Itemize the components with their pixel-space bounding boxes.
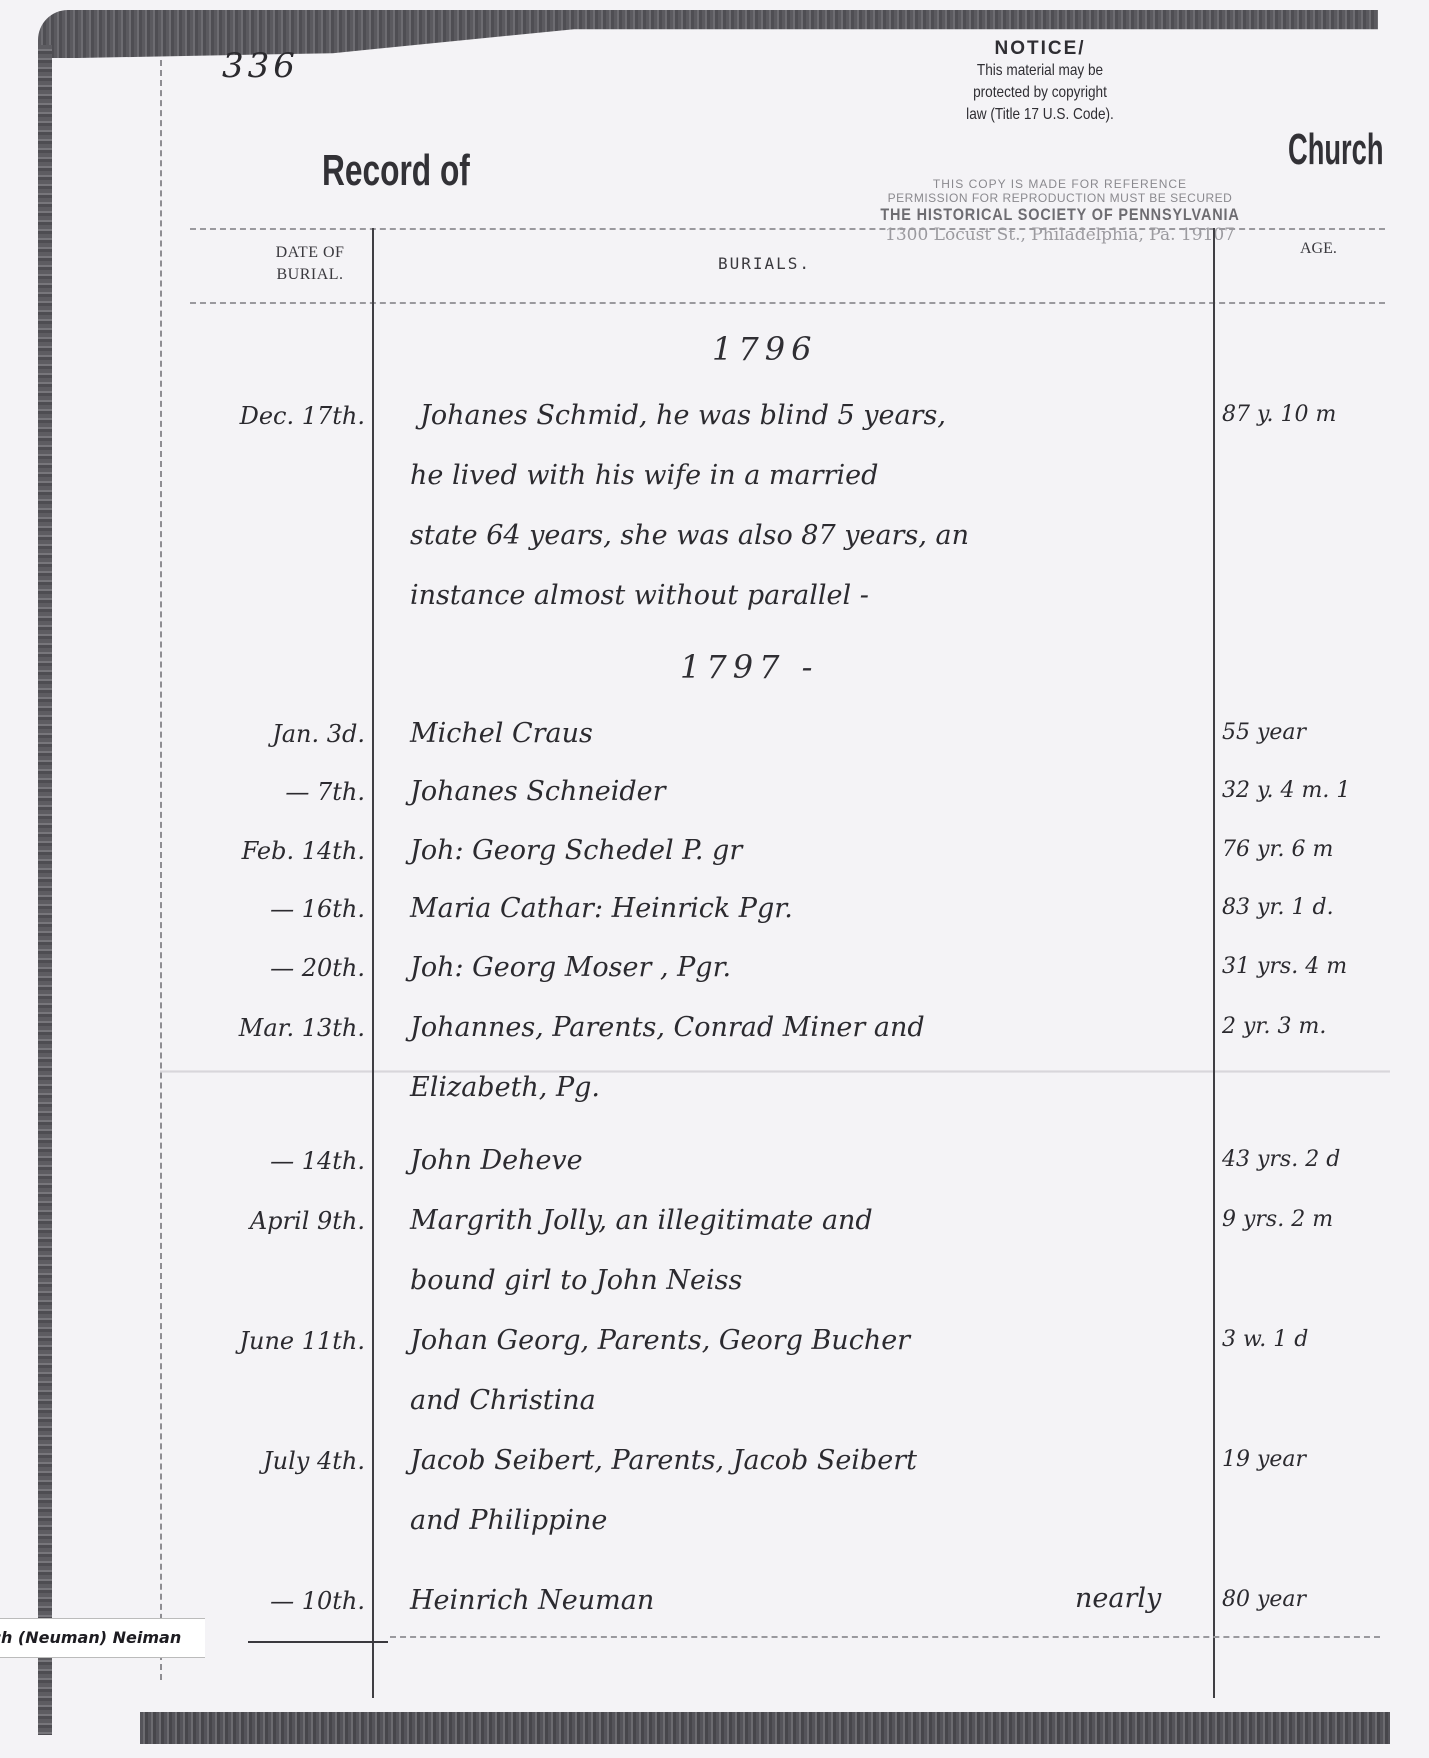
copyright-notice: NOTICE/ This material may be protected b…: [935, 38, 1145, 126]
age-at-death: 19 year: [1222, 1447, 1306, 1472]
burial-detail: he lived with his wife in a married: [410, 460, 878, 491]
margin-label-text: ich (Neuman) Neiman: [0, 1619, 181, 1657]
age-at-death: 87 y. 10 m: [1222, 402, 1336, 427]
notice-title: NOTICE/: [935, 38, 1145, 60]
burial-name: Joh: Georg Schedel P. gr: [410, 835, 742, 866]
margin-name-label: ich (Neuman) Neiman: [0, 1618, 205, 1658]
burial-name: Joh: Georg Moser , Pgr.: [410, 952, 731, 983]
burial-name: Margrith Jolly, an illegitimate and: [410, 1205, 873, 1236]
burial-detail: bound girl to John Neiss: [410, 1265, 742, 1296]
age-column-divider: [1213, 228, 1215, 1698]
age-at-death: 76 yr. 6 m: [1222, 837, 1333, 862]
age-at-death: 2 yr. 3 m.: [1222, 1014, 1326, 1039]
page-number: 336: [222, 46, 299, 86]
date-of-burial-header: DATE OF BURIAL.: [245, 242, 375, 286]
stamp-line: THIS COPY IS MADE FOR REFERENCE: [845, 177, 1275, 191]
burial-name: Michel Craus: [410, 718, 593, 749]
burial-date: Feb. 14th.: [215, 837, 365, 865]
burial-date: Dec. 17th.: [215, 402, 365, 430]
burial-date: — 7th.: [215, 778, 365, 806]
record-title: Record of: [322, 146, 470, 196]
year-heading-1796: 1796: [712, 330, 817, 368]
scan-border-bottom: [140, 1712, 1390, 1744]
burial-date: — 16th.: [215, 895, 365, 923]
year-heading-1797: 1797 -: [680, 648, 818, 686]
burial-date: April 9th.: [215, 1207, 365, 1235]
age-at-death: 9 yrs. 2 m: [1222, 1207, 1333, 1232]
burial-name: John Deheve: [410, 1145, 583, 1176]
burial-date: — 14th.: [215, 1147, 365, 1175]
burial-name: Johanes Schneider: [410, 776, 666, 807]
burial-date: Mar. 13th.: [215, 1014, 365, 1042]
burial-name: Maria Cathar: Heinrick Pgr.: [410, 893, 793, 924]
age-at-death: 31 yrs. 4 m: [1222, 954, 1347, 979]
church-title: Church: [1288, 125, 1383, 175]
paper-fold-line: [160, 1070, 1390, 1073]
notice-line: protected by copyright: [951, 82, 1130, 104]
burial-date: Jan. 3d.: [215, 720, 365, 748]
date-column-divider: [372, 228, 374, 1698]
burial-name: Heinrich Neuman: [410, 1585, 654, 1616]
header-bottom-rule: [190, 302, 1385, 304]
age-header: AGE.: [1300, 240, 1337, 258]
burial-detail: Elizabeth, Pg.: [410, 1072, 600, 1103]
burial-detail: and Philippine: [410, 1505, 607, 1536]
header-top-rule: [190, 228, 1385, 230]
end-dashed-rule: [390, 1636, 1380, 1638]
age-at-death: 32 y. 4 m. 1: [1222, 778, 1350, 803]
burial-detail: state 64 years, she was also 87 years, a…: [410, 520, 969, 551]
age-at-death: 43 yrs. 2 d: [1222, 1147, 1340, 1172]
age-at-death: 83 yr. 1 d.: [1222, 895, 1334, 920]
stamp-line: THE HISTORICAL SOCIETY OF PENNSYLVANIA: [877, 205, 1243, 225]
stamp-line: PERMISSION FOR REPRODUCTION MUST BE SECU…: [845, 191, 1275, 205]
age-at-death: 3 w. 1 d: [1222, 1327, 1308, 1352]
burial-date: July 4th.: [215, 1447, 365, 1475]
burial-date: — 10th.: [215, 1587, 365, 1615]
burial-date: June 11th.: [215, 1327, 365, 1355]
burial-name: Johan Georg, Parents, Georg Bucher: [410, 1325, 910, 1356]
burial-detail: and Christina: [410, 1385, 596, 1416]
burial-detail: instance almost without parallel -: [410, 580, 869, 611]
burial-name: Johanes Schmid, he was blind 5 years,: [420, 400, 946, 431]
notice-line: This material may be: [951, 60, 1130, 82]
header-line: DATE OF: [245, 242, 375, 264]
page-binding-edge: [160, 60, 164, 1680]
historical-society-stamp: THIS COPY IS MADE FOR REFERENCE PERMISSI…: [845, 177, 1275, 245]
header-line: BURIAL.: [245, 264, 375, 286]
burial-name: Johannes, Parents, Conrad Miner and: [410, 1012, 925, 1043]
burial-name: Jacob Seibert, Parents, Jacob Seibert: [410, 1445, 917, 1476]
end-underline: [248, 1641, 388, 1643]
burial-date: — 20th.: [215, 954, 365, 982]
burials-header: BURIALS.: [718, 254, 811, 273]
age-at-death: 55 year: [1222, 720, 1306, 745]
scan-border-left: [38, 45, 52, 1735]
age-qualifier-note: nearly: [1075, 1583, 1161, 1614]
notice-line: law (Title 17 U.S. Code).: [951, 104, 1130, 126]
age-at-death: 80 year: [1222, 1587, 1306, 1612]
